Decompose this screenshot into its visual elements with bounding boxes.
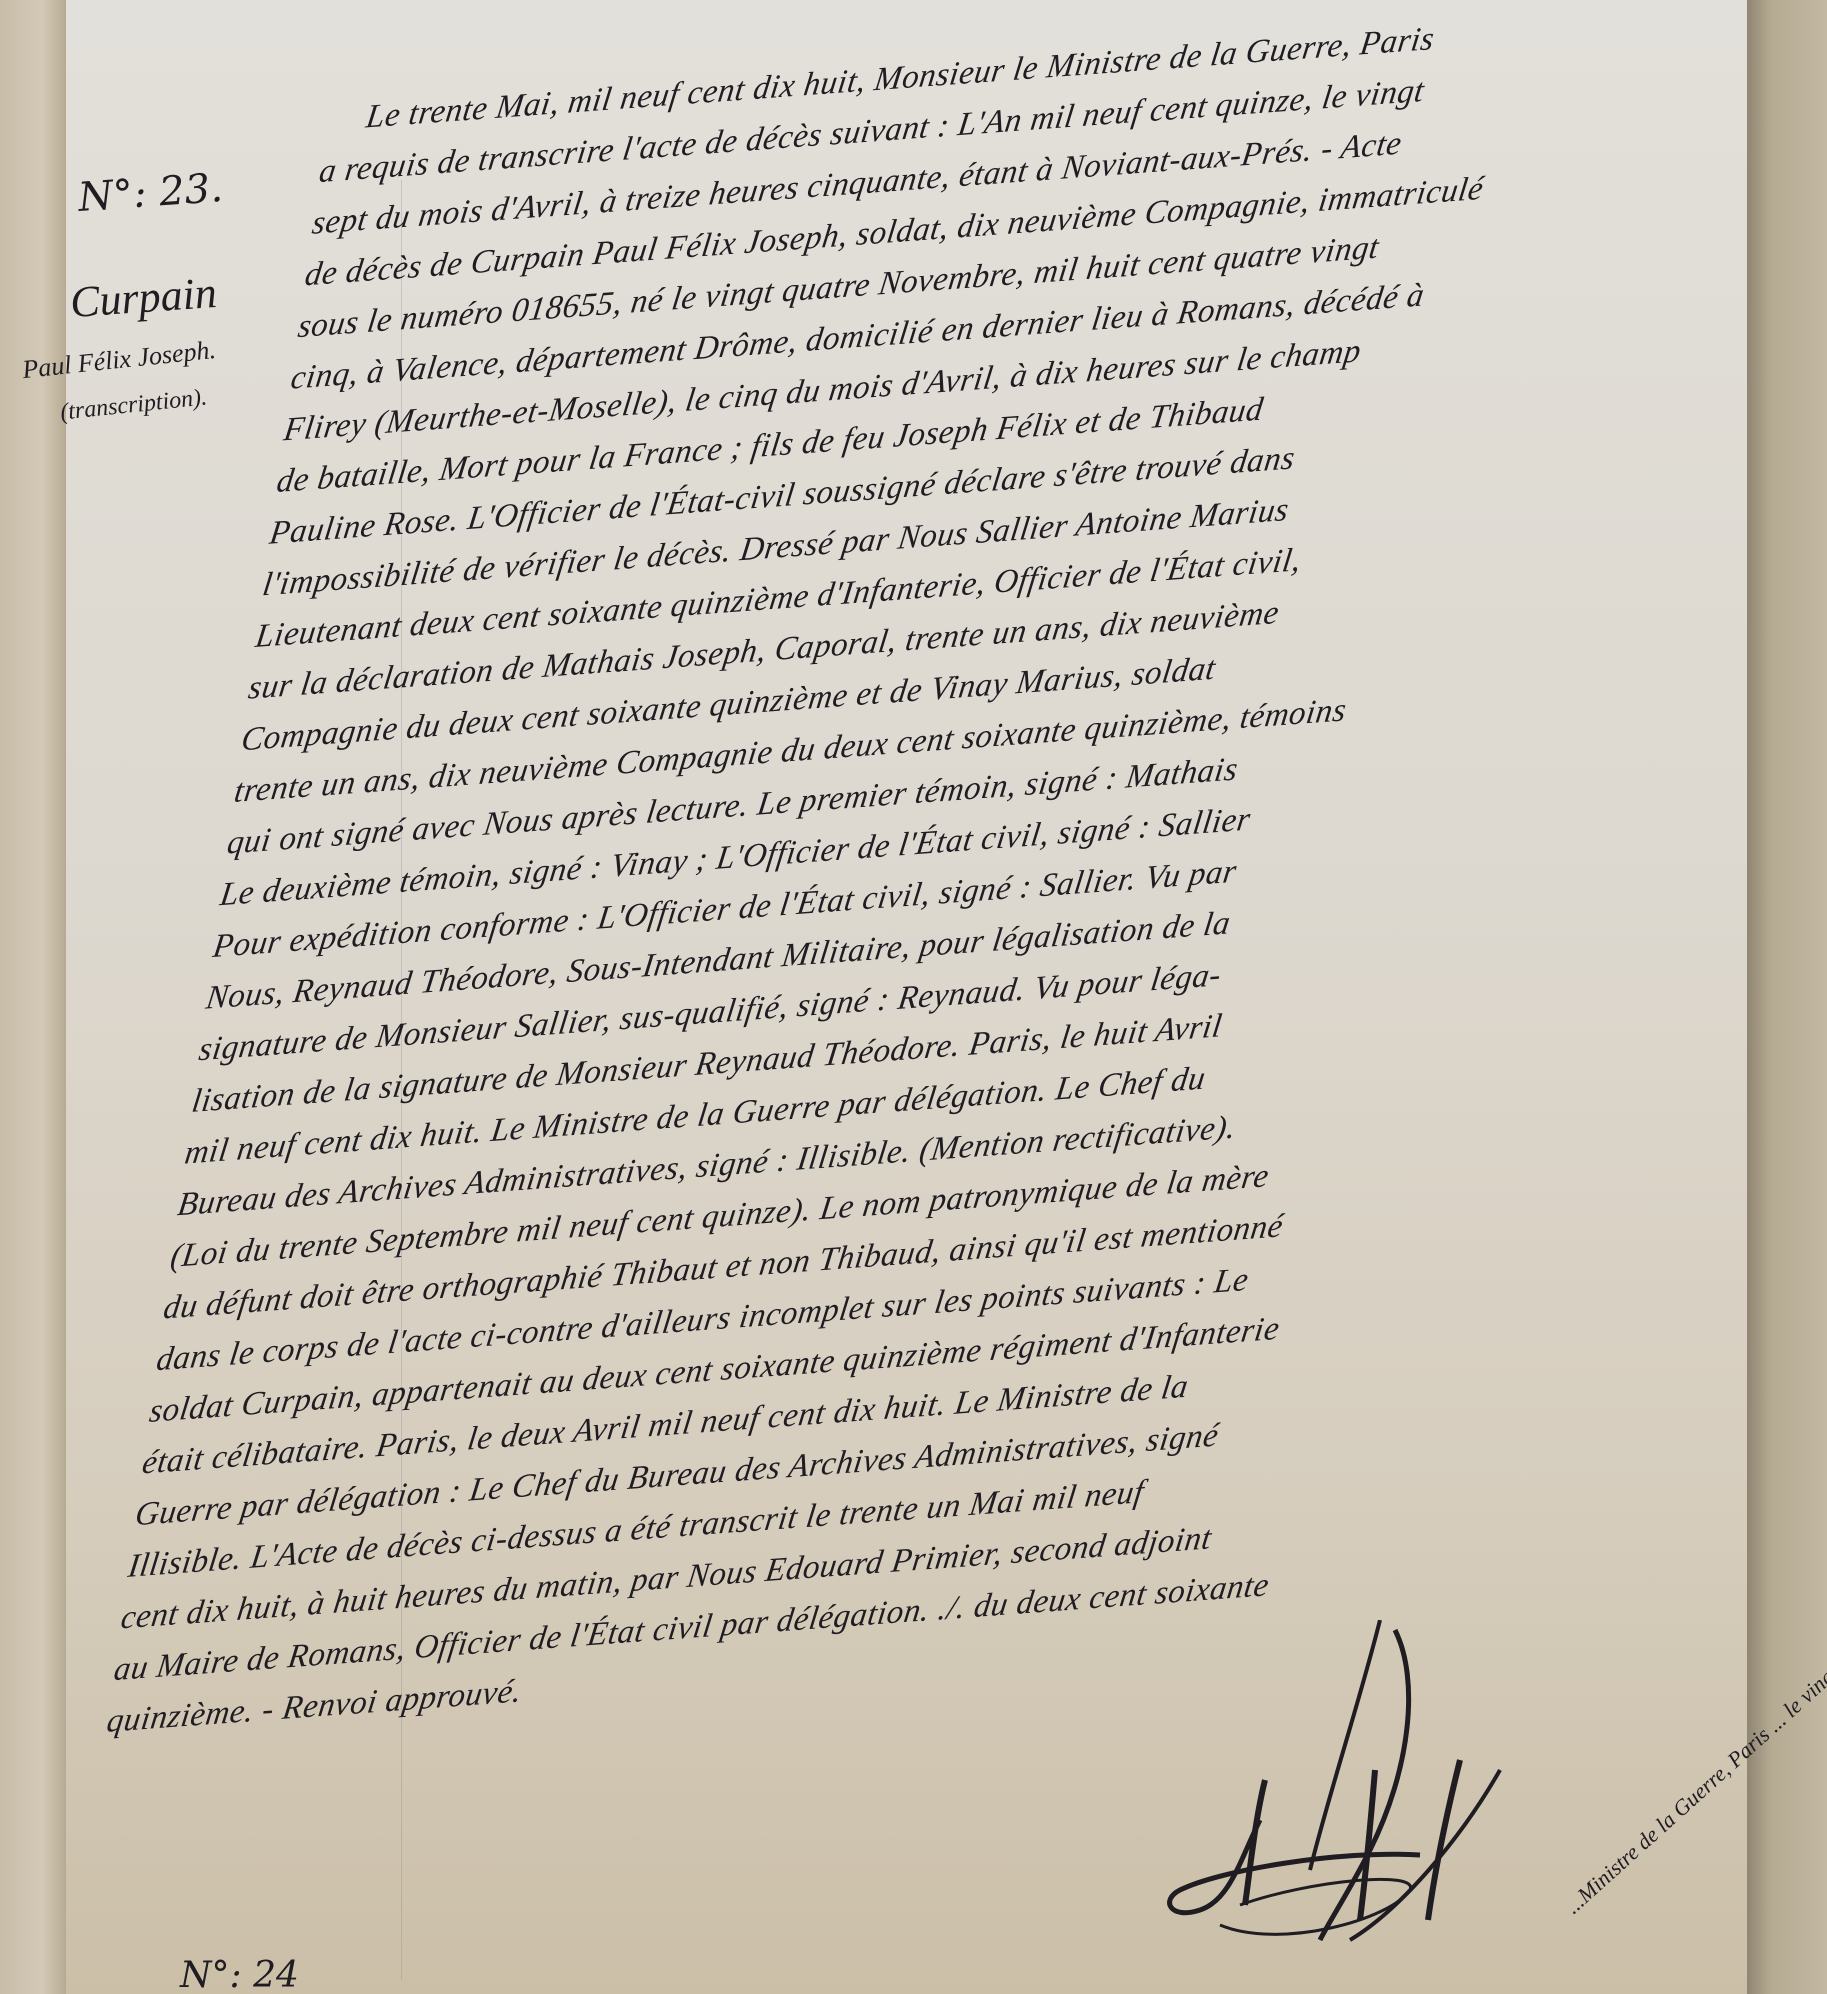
- deceased-surname: Curpain: [68, 267, 218, 328]
- officer-signature: [1160, 1620, 1580, 1950]
- next-entry-number: N°: 24: [180, 1955, 299, 1994]
- record-body: Le trente Mai, mil neuf cent dix huit, M…: [104, 0, 1796, 1748]
- left-page-edge: [0, 0, 70, 1994]
